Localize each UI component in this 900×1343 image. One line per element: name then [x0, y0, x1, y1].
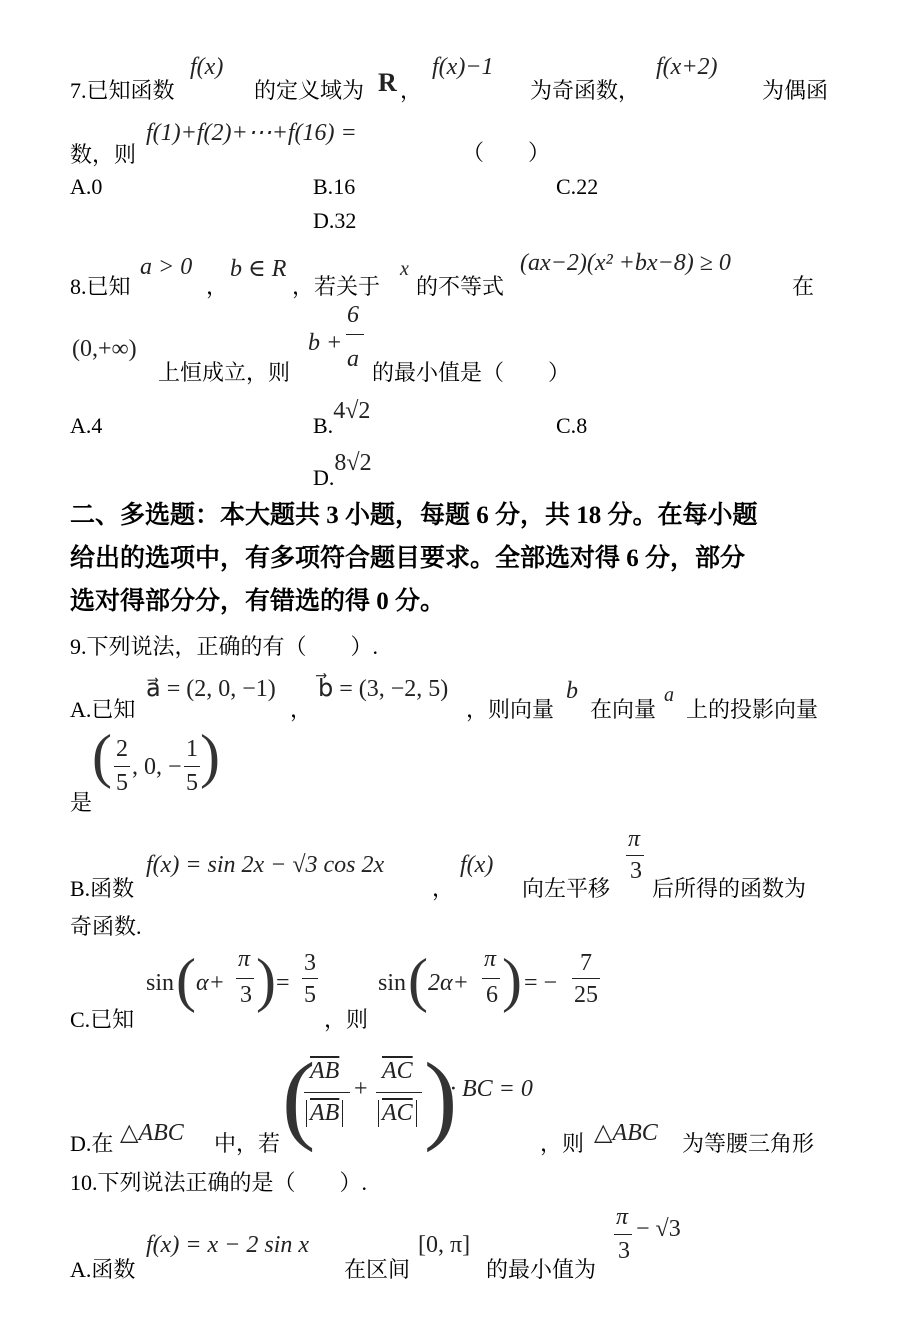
q9-b-fx: f(x): [460, 852, 493, 879]
q7-blank: （ ）: [462, 136, 550, 167]
q8-option-a[interactable]: A.4: [70, 413, 102, 439]
q9-c-given-sin: sin: [146, 970, 174, 997]
q9-a-suffix: 上的投影向量: [686, 693, 818, 724]
q9-b-suffix: 后所得的函数为: [652, 872, 806, 903]
q10-a-prefix: A.函数: [70, 1253, 135, 1284]
q8-option-d[interactable]: D.8√2: [313, 450, 372, 477]
q9-a-proj-f2-bar: [184, 766, 200, 767]
q7-fx: f(x): [190, 54, 223, 81]
q9-stem: 9.下列说法，正确的有（ ）.: [70, 630, 378, 661]
q7-line2-prefix: 数，则: [70, 138, 136, 169]
q9-c-given-pi: π: [238, 946, 250, 973]
q9-b-shift-den: 3: [630, 858, 642, 885]
q9-d-mid2: ，则: [540, 1127, 584, 1158]
q9-d-prefix: D.在: [70, 1127, 113, 1158]
q9-d-ac-den: AC: [378, 1100, 417, 1127]
q7-option-a[interactable]: A.0: [70, 174, 102, 200]
q9-b-shift-num: π: [628, 826, 640, 853]
q7-mid1: 的定义域为: [254, 74, 364, 105]
q7-sum-expr: f(1)+f(2)+⋯+f(16) =: [146, 118, 357, 147]
q8-x: x: [400, 258, 409, 281]
q8-mid1: ，若关于: [292, 270, 380, 301]
q8-interval: (0,+∞): [72, 336, 137, 363]
q9-a-vec-a: a⃗ = (2, 0, −1): [146, 674, 276, 703]
q9-a-proj-mid: , 0, −: [132, 754, 182, 781]
q9-c-res-6: 6: [486, 982, 498, 1009]
q9-c-given-pi-bar: [236, 978, 254, 979]
q9-c-given-3: 3: [240, 982, 252, 1009]
q9-c-res-inner: 2α+: [428, 970, 469, 997]
q9-d-ab-bar: [304, 1092, 350, 1093]
q9-a-proj-f1-num: 2: [116, 736, 128, 763]
q7-option-b[interactable]: B.16: [313, 174, 355, 200]
q9-a-prefix: A.已知: [70, 693, 135, 724]
q8-expr-b: b +: [308, 330, 342, 357]
q9-d-tri1: △ABC: [120, 1118, 184, 1147]
q7-comma1: ，: [400, 74, 422, 105]
q9-d-suffix: 为等腰三角形: [682, 1127, 814, 1158]
q8-frac-bar: [346, 334, 364, 335]
q8-frac-den: a: [347, 346, 359, 373]
q9-b-func: f(x) = sin 2x − √3 cos 2x: [146, 852, 384, 879]
q8-inequality: (ax−2)(x² +bx−8) ≥ 0: [520, 250, 731, 277]
q9-a-proj-close: ): [200, 722, 220, 791]
q8-frac-num: 6: [347, 302, 359, 329]
q9-c-given-eq: =: [276, 970, 290, 997]
q8-option-c[interactable]: C.8: [556, 413, 587, 439]
q9-a-proj-f2-num: 1: [186, 736, 198, 763]
q7-option-c[interactable]: C.22: [556, 174, 598, 200]
q8-suffix1: 在: [792, 270, 814, 301]
q10-stem: 10.下列说法正确的是（ ）.: [70, 1166, 367, 1197]
q7-option-d[interactable]: D.32: [313, 208, 356, 234]
q7-mid3: 为偶函: [762, 74, 828, 105]
q7-fx-minus-1: f(x)−1: [432, 54, 494, 81]
q9-b-line2: 奇函数.: [70, 910, 142, 941]
q9-d-bc-term: · BC = 0: [450, 1076, 533, 1103]
q7-mid2: 为奇函数，: [530, 74, 640, 105]
q9-c-res-bar: [572, 978, 600, 979]
q9-a-mid: ，则向量: [466, 693, 554, 724]
q10-a-den: 3: [618, 1238, 630, 1265]
q10-a-func: f(x) = x − 2 sin x: [146, 1232, 309, 1259]
q9-d-ac-bar: [376, 1092, 422, 1093]
q9-c-res-num: 7: [580, 950, 592, 977]
q8-prefix: 8.已知: [70, 270, 131, 301]
section-2-line3: 选对得部分分，有错选的得 0 分。: [70, 580, 445, 624]
q9-b-mid: 向左平移: [522, 872, 610, 903]
q9-a-line2-prefix: 是: [70, 786, 92, 817]
q9-c-prefix: C.已知: [70, 1003, 134, 1034]
q9-c-res-pi-bar: [482, 978, 500, 979]
q9-d-ac-num: AC: [382, 1058, 413, 1085]
q9-c-res-sin: sin: [378, 970, 406, 997]
q9-a-comma: ，: [290, 693, 312, 724]
q10-a-mid: 在区间: [344, 1253, 410, 1284]
q9-d-ab-den: AB: [306, 1100, 343, 1127]
q7-prefix: 7.已知函数: [70, 74, 175, 105]
section-2-line2: 给出的选项中，有多项符合题目要求。全部选对得 6 分，部分: [70, 537, 745, 581]
section-2-line1: 二、多选题：本大题共 3 小题，每题 6 分，共 18 分。在每小题: [70, 494, 758, 538]
q8-option-b[interactable]: B.4√2: [313, 398, 370, 425]
q9-a-mid2: 在向量: [590, 693, 656, 724]
q9-a-proj-open: (: [92, 722, 112, 791]
q8-a-gt-0: a > 0: [140, 254, 192, 281]
q9-c-res-eq: = −: [524, 970, 557, 997]
q9-d-mid1: 中，若: [214, 1127, 280, 1158]
q8-mid3: 上恒成立，则: [158, 356, 290, 387]
q10-a-frac-bar: [614, 1234, 632, 1235]
q7-fx-plus-2: f(x+2): [656, 54, 718, 81]
q9-c-res-den: 25: [574, 982, 598, 1009]
q9-a-proj-f2-den: 5: [186, 770, 198, 797]
q7-R: R: [378, 68, 397, 98]
q9-c-given-den: 5: [304, 982, 316, 1009]
q9-a-vec-b: b⃗ = (3, −2, 5): [318, 674, 448, 703]
q9-c-given-num: 3: [304, 950, 316, 977]
q10-a-tail: − √3: [636, 1216, 681, 1243]
q9-c-given-inner: α+: [196, 970, 225, 997]
q9-b-prefix: B.函数: [70, 872, 134, 903]
q9-a-proj-f1-bar: [114, 766, 130, 767]
q8-mid2: 的不等式: [416, 270, 504, 301]
q8-b-in-R: b ∈ R: [230, 254, 286, 283]
q10-a-interval: [0, π]: [418, 1232, 470, 1259]
q9-c-res-pi: π: [484, 946, 496, 973]
q8-comma1: ，: [206, 270, 228, 301]
q9-a-proj-f1-den: 5: [116, 770, 128, 797]
q9-c-given-bar: [302, 978, 318, 979]
q9-b-shift-bar: [626, 855, 644, 856]
q8-suffix2: 的最小值是（ ）: [372, 356, 570, 387]
q9-d-plus: +: [354, 1076, 368, 1103]
q9-d-tri2: △ABC: [594, 1118, 658, 1147]
q9-c-mid: ，则: [324, 1003, 368, 1034]
q9-d-ab-num: AB: [310, 1058, 339, 1085]
q9-b-comma: ，: [432, 872, 454, 903]
q10-a-mid2: 的最小值为: [486, 1253, 596, 1284]
q10-a-pi: π: [616, 1204, 628, 1231]
